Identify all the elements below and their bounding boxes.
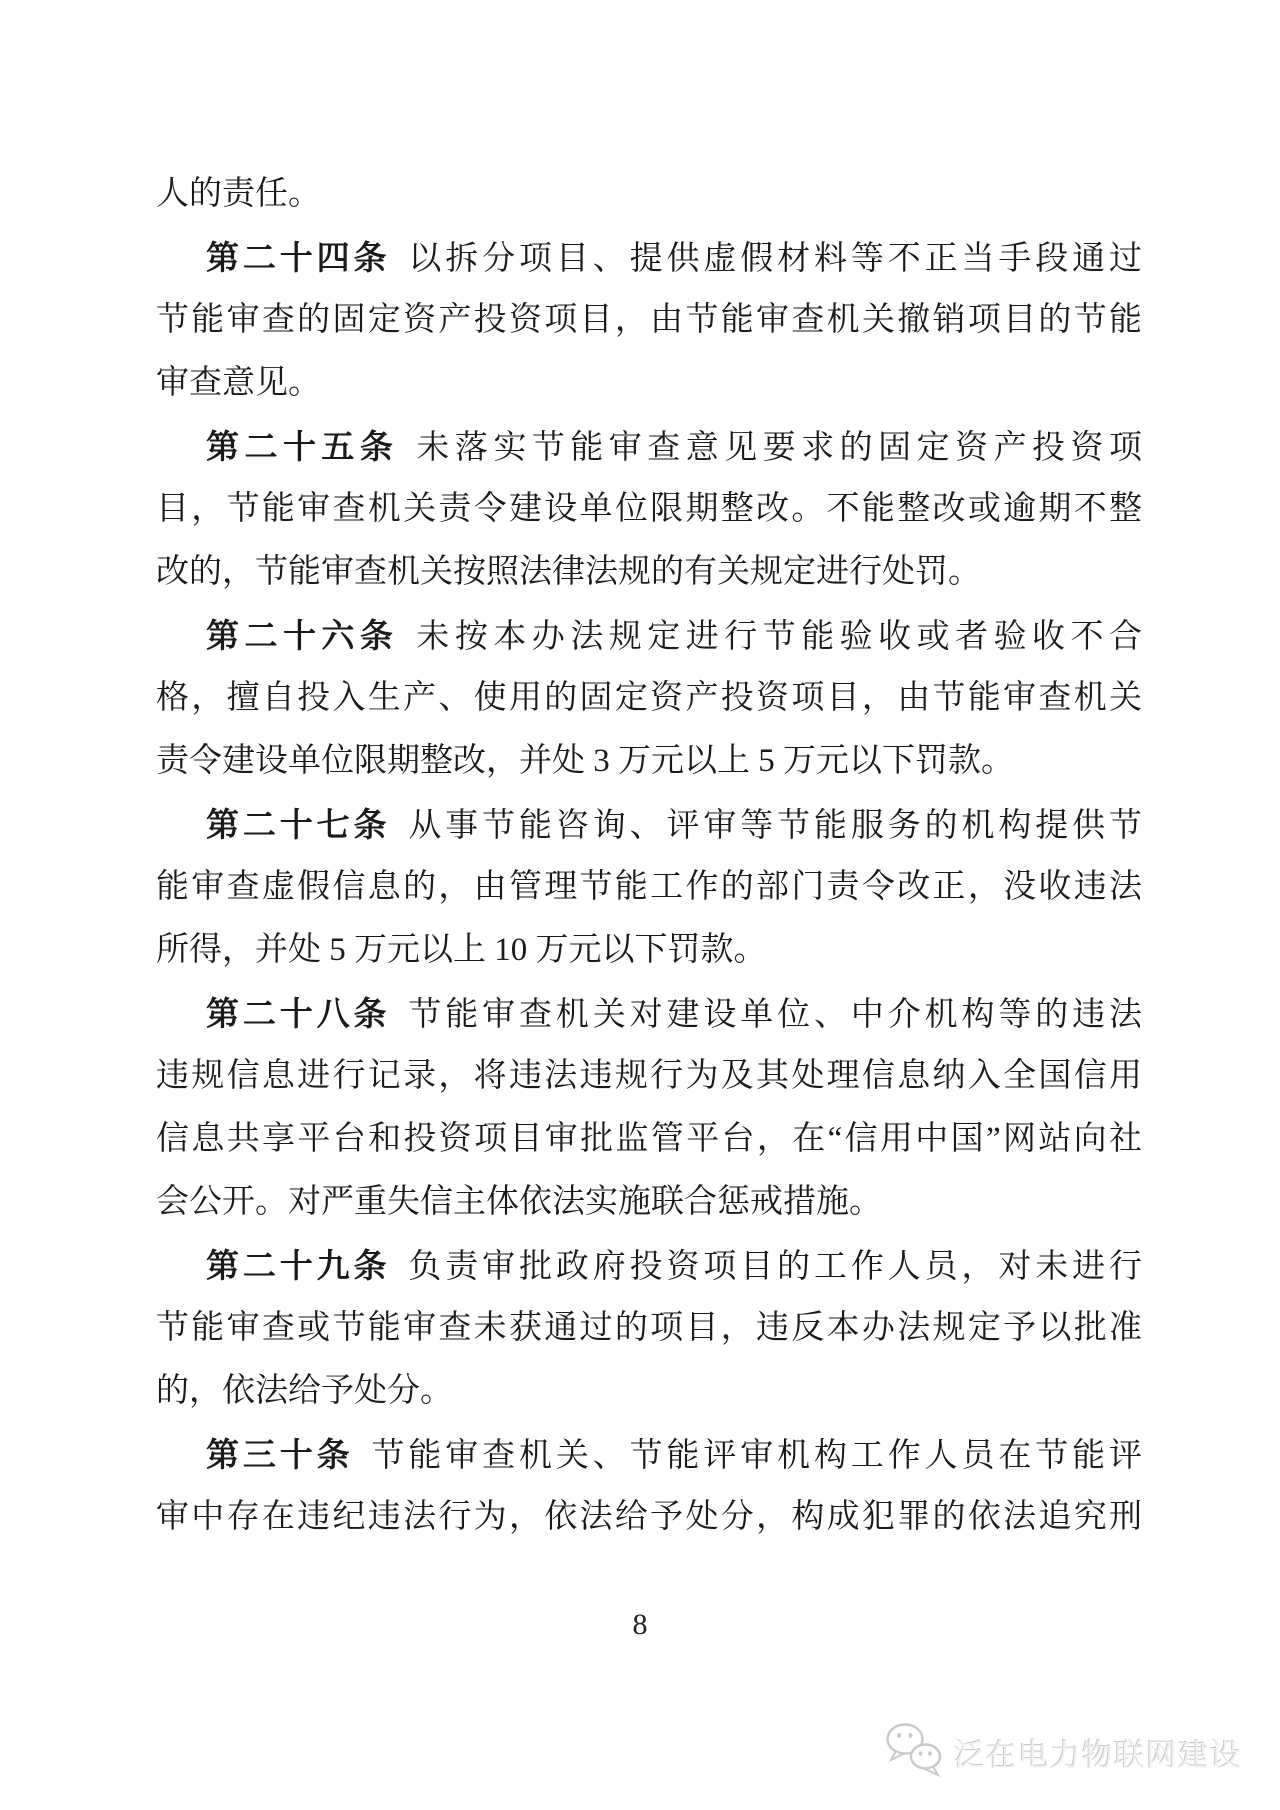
line-text: 格，擅自投入生产、使用的固定资产投资项目，由节能审查机关 — [156, 680, 1142, 716]
line-text: 节能审查机关、节能评审机构工作人员在节能评 — [372, 1438, 1143, 1474]
line-text: 违规信息进行记录，将违法违规行为及其处理信息纳入全国信用 — [156, 1058, 1142, 1094]
line-text: 信息共享平台和投资项目审批监管平台，在“信用中国”网站向社 — [156, 1121, 1142, 1157]
line-text: 审中存在违纪违法行为，依法给予处分，构成犯罪的依法追究刑 — [156, 1499, 1142, 1535]
line-text: 以拆分项目、提供虚假材料等不正当手段通过 — [408, 241, 1142, 277]
line-text: 目，节能审查机关责令建设单位限期整改。不能整改或逾期不整 — [156, 491, 1142, 527]
article-number: 第二十七条 — [206, 806, 390, 843]
line-text: 从事节能咨询、评审等节能服务的机构提供节 — [408, 808, 1142, 844]
text-line: 第二十八条节能审查机关对建设单位、中介机构等的违法 — [156, 982, 1142, 1045]
line-text: 审查意见。 — [156, 365, 321, 401]
line-text: 会公开。对严重失信主体依法实施联合惩戒措施。 — [156, 1184, 882, 1220]
article-number: 第二十九条 — [206, 1247, 390, 1284]
line-text: 节能审查机关对建设单位、中介机构等的违法 — [408, 997, 1142, 1033]
text-line: 所得，并处 5 万元以上 10 万元以下罚款。 — [156, 919, 1142, 982]
text-line: 第二十七条从事节能咨询、评审等节能服务的机构提供节 — [156, 793, 1142, 856]
text-line: 审中存在违纪违法行为，依法给予处分，构成犯罪的依法追究刑 — [156, 1486, 1142, 1549]
text-line: 会公开。对严重失信主体依法实施联合惩戒措施。 — [156, 1171, 1142, 1234]
article-number: 第二十五条 — [206, 428, 398, 465]
wechat-logo-icon — [884, 1722, 946, 1783]
text-line: 违规信息进行记录，将违法违规行为及其处理信息纳入全国信用 — [156, 1045, 1142, 1108]
text-line: 第二十四条以拆分项目、提供虚假材料等不正当手段通过 — [156, 226, 1142, 289]
line-text: 节能审查或节能审查未获通过的项目，违反本办法规定予以批准 — [156, 1310, 1142, 1346]
text-line: 的，依法给予处分。 — [156, 1360, 1142, 1423]
text-line: 第三十条节能审查机关、节能评审机构工作人员在节能评 — [156, 1423, 1142, 1486]
text-line: 目，节能审查机关责令建设单位限期整改。不能整改或逾期不整 — [156, 478, 1142, 541]
line-text: 能审查虚假信息的，由管理节能工作的部门责令改正，没收违法 — [156, 869, 1142, 905]
text-line: 节能审查的固定资产投资项目，由节能审查机关撤销项目的节能 — [156, 289, 1142, 352]
line-text: 责令建设单位限期整改，并处 3 万元以上 5 万元以下罚款。 — [156, 743, 1014, 779]
brand-name: 泛在电力物联网建设 — [954, 1730, 1242, 1775]
text-line: 人的责任。 — [156, 163, 1142, 226]
text-line: 责令建设单位限期整改，并处 3 万元以上 5 万元以下罚款。 — [156, 730, 1142, 793]
document-page: 人的责任。 第二十四条以拆分项目、提供虚假材料等不正当手段通过 节能审查的固定资… — [0, 0, 1280, 1810]
text-line: 改的，节能审查机关按照法律法规的有关规定进行处罚。 — [156, 541, 1142, 604]
article-number: 第三十条 — [206, 1436, 354, 1473]
line-text: 所得，并处 5 万元以上 10 万元以下罚款。 — [156, 932, 767, 968]
page-body-text: 人的责任。 第二十四条以拆分项目、提供虚假材料等不正当手段通过 节能审查的固定资… — [156, 163, 1142, 1549]
text-line: 能审查虚假信息的，由管理节能工作的部门责令改正，没收违法 — [156, 856, 1142, 919]
text-line: 节能审查或节能审查未获通过的项目，违反本办法规定予以批准 — [156, 1297, 1142, 1360]
article-number: 第二十四条 — [206, 239, 390, 276]
line-text: 人的责任。 — [156, 176, 321, 212]
line-text: 的，依法给予处分。 — [156, 1373, 453, 1409]
text-line: 第二十五条未落实节能审查意见要求的固定资产投资项 — [156, 415, 1142, 478]
line-text: 未落实节能审查意见要求的固定资产投资项 — [416, 430, 1142, 466]
text-line: 格，擅自投入生产、使用的固定资产投资项目，由节能审查机关 — [156, 667, 1142, 730]
page-number: 8 — [0, 1608, 1280, 1642]
line-text: 节能审查的固定资产投资项目，由节能审查机关撤销项目的节能 — [156, 302, 1142, 338]
article-number: 第二十六条 — [206, 617, 398, 654]
line-text: 负责审批政府投资项目的工作人员，对未进行 — [408, 1249, 1142, 1285]
line-text: 改的，节能审查机关按照法律法规的有关规定进行处罚。 — [156, 554, 981, 590]
article-number: 第二十八条 — [206, 995, 390, 1032]
text-line: 信息共享平台和投资项目审批监管平台，在“信用中国”网站向社 — [156, 1108, 1142, 1171]
line-text: 未按本办法规定进行节能验收或者验收不合 — [416, 619, 1142, 655]
text-line: 第二十九条负责审批政府投资项目的工作人员，对未进行 — [156, 1234, 1142, 1297]
brand-watermark: 泛在电力物联网建设 — [884, 1722, 1242, 1783]
text-line: 第二十六条未按本办法规定进行节能验收或者验收不合 — [156, 604, 1142, 667]
text-line: 审查意见。 — [156, 352, 1142, 415]
